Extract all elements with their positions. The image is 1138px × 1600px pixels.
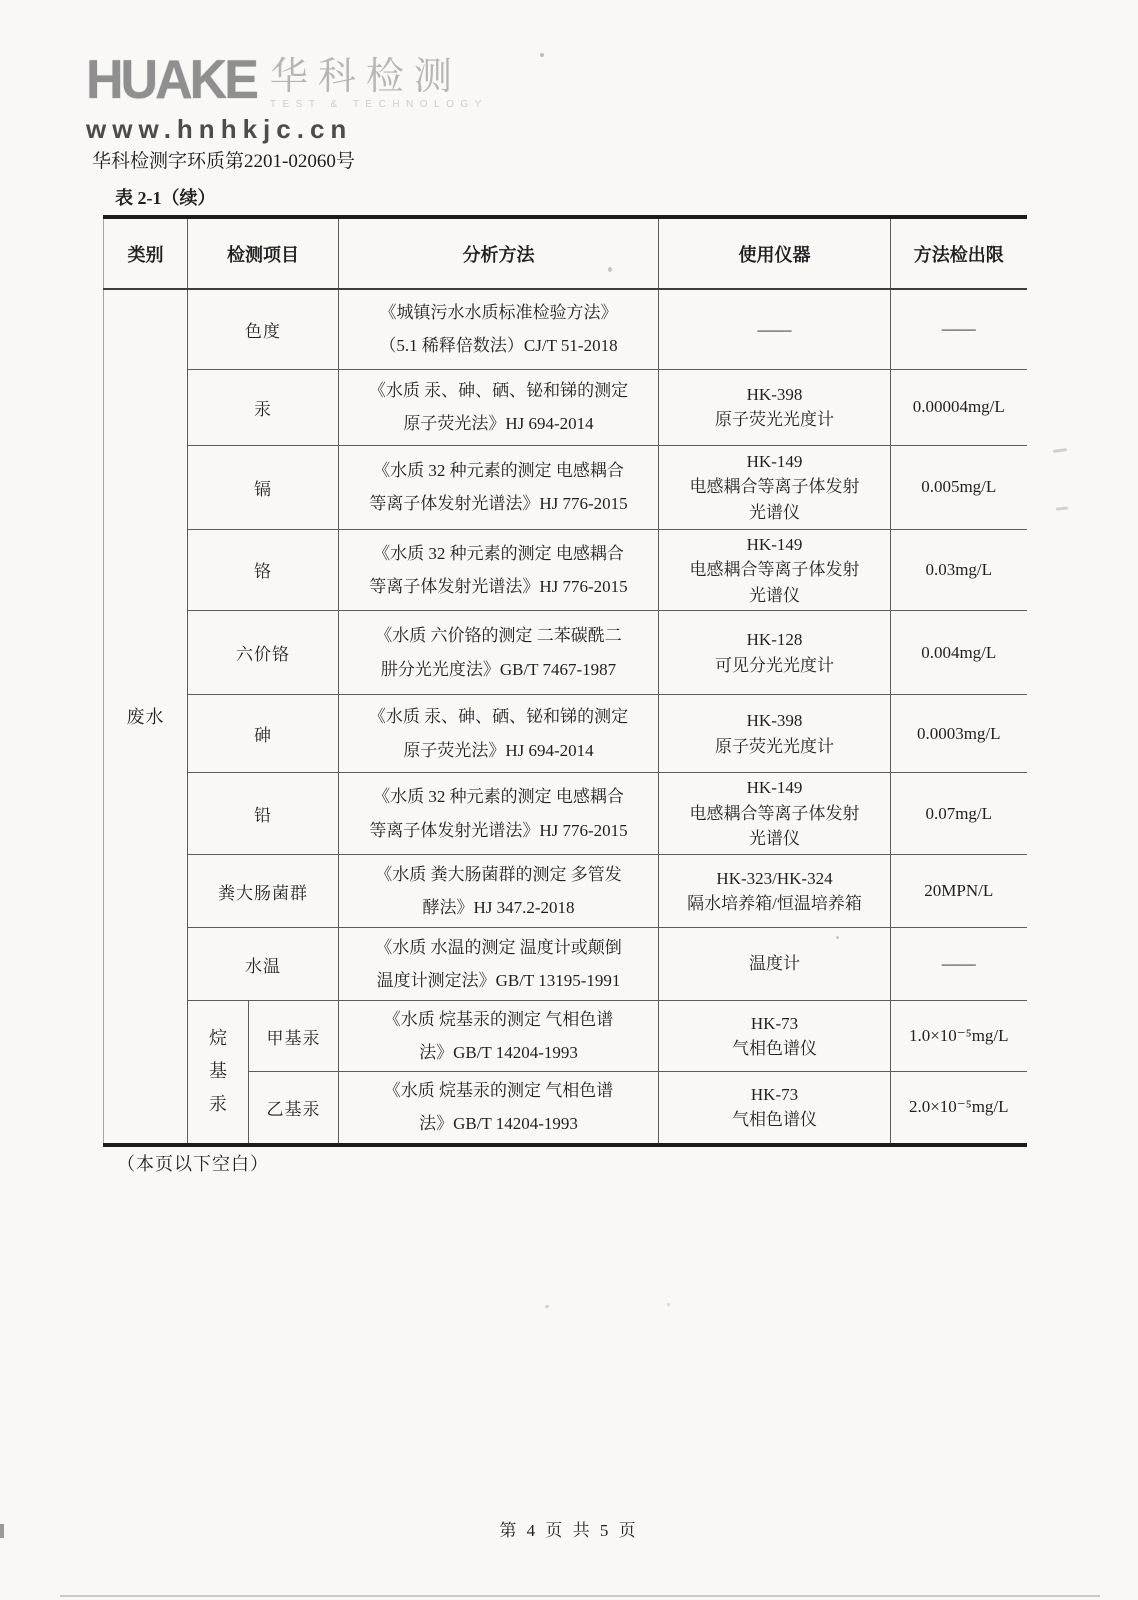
item-cell: 水温: [188, 928, 339, 1001]
limit-cell: ——: [891, 928, 1027, 1001]
instrument-cell: HK-398 原子荧光光度计: [659, 369, 891, 445]
category-cell: 废水: [104, 289, 188, 1145]
method-line: 《水质 32 种元素的测定 电感耦合: [343, 537, 654, 570]
company-logo: HUAKE 华科检测 TEST & TECHNOLOGY www.hnhkjc.…: [86, 54, 488, 145]
item-cell: 粪大肠菌群: [188, 855, 339, 928]
instrument-line: 电感耦合等离子体发射: [663, 474, 886, 500]
method-cell: 《水质 粪大肠菌群的测定 多管发 酵法》HJ 347.2-2018: [339, 855, 659, 928]
instrument-line: HK-398: [663, 382, 886, 408]
item-cell: 铅: [188, 773, 339, 855]
method-line: 《水质 汞、砷、硒、铋和锑的测定: [343, 374, 654, 407]
table-row: 铬 《水质 32 种元素的测定 电感耦合 等离子体发射光谱法》HJ 776-20…: [104, 529, 1027, 611]
limit-cell: 0.004mg/L: [891, 611, 1027, 695]
method-line: 《水质 32 种元素的测定 电感耦合: [343, 454, 654, 487]
website-url: www.hnhkjc.cn: [86, 114, 488, 145]
table-row: 铅 《水质 32 种元素的测定 电感耦合 等离子体发射光谱法》HJ 776-20…: [104, 773, 1027, 855]
method-cell: 《水质 汞、砷、硒、铋和锑的测定 原子荧光法》HJ 694-2014: [339, 695, 659, 773]
table-row: 粪大肠菌群 《水质 粪大肠菌群的测定 多管发 酵法》HJ 347.2-2018 …: [104, 855, 1027, 928]
instrument-line: 光谱仪: [663, 500, 886, 526]
item-cell: 汞: [188, 369, 339, 445]
instrument-line: 光谱仪: [663, 583, 886, 609]
instrument-cell: HK-149 电感耦合等离子体发射 光谱仪: [659, 445, 891, 529]
instrument-line: HK-73: [663, 1011, 886, 1037]
limit-cell: 0.0003mg/L: [891, 695, 1027, 773]
item-cell: 六价铬: [188, 611, 339, 695]
method-cell: 《水质 烷基汞的测定 气相色谱 法》GB/T 14204-1993: [339, 1072, 659, 1145]
instrument-line: HK-149: [663, 775, 886, 801]
instrument-cell: HK-323/HK-324 隔水培养箱/恒温培养箱: [659, 855, 891, 928]
logo-wordmark: HUAKE: [86, 53, 256, 108]
table-row: 水温 《水质 水温的测定 温度计或颠倒 温度计测定法》GB/T 13195-19…: [104, 928, 1027, 1001]
col-header-category: 类别: [104, 217, 188, 289]
method-line: 《水质 水温的测定 温度计或颠倒: [343, 931, 654, 964]
instrument-line: 原子荧光光度计: [663, 407, 886, 433]
instrument-line: 可见分光光度计: [663, 653, 886, 679]
table-row: 砷 《水质 汞、砷、硒、铋和锑的测定 原子荧光法》HJ 694-2014 HK-…: [104, 695, 1027, 773]
document-number: 华科检测字环质第2201-02060号: [92, 146, 355, 173]
method-cell: 《水质 32 种元素的测定 电感耦合 等离子体发射光谱法》HJ 776-2015: [339, 773, 659, 855]
item-cell: 甲基汞: [249, 1001, 339, 1072]
method-line: 《水质 六价铬的测定 二苯碳酰二: [343, 619, 654, 652]
method-cell: 《水质 汞、砷、硒、铋和锑的测定 原子荧光法》HJ 694-2014: [339, 369, 659, 445]
method-line: 等离子体发射光谱法》HJ 776-2015: [343, 814, 654, 847]
method-line: 《水质 烷基汞的测定 气相色谱: [343, 1074, 654, 1107]
method-line: （5.1 稀释倍数法）CJ/T 51-2018: [343, 329, 654, 362]
instrument-cell: HK-128 可见分光光度计: [659, 611, 891, 695]
instrument-cell: 温度计: [659, 928, 891, 1001]
limit-cell: 20MPN/L: [891, 855, 1027, 928]
scan-speck: [608, 267, 612, 272]
blank-page-note: （本页以下空白）: [117, 1150, 269, 1176]
limit-cell: ——: [891, 289, 1027, 369]
col-header-instrument: 使用仪器: [659, 217, 891, 289]
limit-cell: 0.00004mg/L: [891, 369, 1027, 445]
scan-speck: [1053, 448, 1067, 453]
instrument-cell: HK-149 电感耦合等离子体发射 光谱仪: [659, 529, 891, 611]
scan-speck: [540, 53, 544, 57]
instrument-line: HK-149: [663, 532, 886, 558]
instrument-line: ——: [663, 317, 886, 343]
method-line: 《水质 32 种元素的测定 电感耦合: [343, 780, 654, 813]
item-cell: 砷: [188, 695, 339, 773]
instrument-line: HK-398: [663, 708, 886, 734]
col-header-limit: 方法检出限: [891, 217, 1027, 289]
method-cell: 《水质 烷基汞的测定 气相色谱 法》GB/T 14204-1993: [339, 1001, 659, 1072]
instrument-line: 气相色谱仪: [663, 1107, 886, 1133]
method-cell: 《水质 32 种元素的测定 电感耦合 等离子体发射光谱法》HJ 776-2015: [339, 445, 659, 529]
table-row: 六价铬 《水质 六价铬的测定 二苯碳酰二 肼分光光度法》GB/T 7467-19…: [104, 611, 1027, 695]
instrument-line: 气相色谱仪: [663, 1036, 886, 1062]
instrument-line: 电感耦合等离子体发射: [663, 557, 886, 583]
method-line: 肼分光光度法》GB/T 7467-1987: [343, 653, 654, 686]
method-line: 法》GB/T 14204-1993: [343, 1036, 654, 1069]
instrument-line: 隔水培养箱/恒温培养箱: [663, 891, 886, 917]
item-cell: 色度: [188, 289, 339, 369]
instrument-cell: HK-73 气相色谱仪: [659, 1001, 891, 1072]
instrument-cell: ——: [659, 289, 891, 369]
method-line: 原子荧光法》HJ 694-2014: [343, 407, 654, 440]
instrument-line: HK-73: [663, 1082, 886, 1108]
instrument-line: 电感耦合等离子体发射: [663, 801, 886, 827]
method-cell: 《城镇污水水质标准检验方法》 （5.1 稀释倍数法）CJ/T 51-2018: [339, 289, 659, 369]
item-cell: 乙基汞: [249, 1072, 339, 1145]
instrument-cell: HK-398 原子荧光光度计: [659, 695, 891, 773]
item-group-cell: 烷基汞: [188, 1001, 249, 1145]
table-row: 镉 《水质 32 种元素的测定 电感耦合 等离子体发射光谱法》HJ 776-20…: [104, 445, 1027, 529]
method-line: 法》GB/T 14204-1993: [343, 1107, 654, 1140]
instrument-line: HK-128: [663, 627, 886, 653]
limit-cell: 0.07mg/L: [891, 773, 1027, 855]
method-cell: 《水质 32 种元素的测定 电感耦合 等离子体发射光谱法》HJ 776-2015: [339, 529, 659, 611]
col-header-method: 分析方法: [339, 217, 659, 289]
scan-edge-mark: [0, 1524, 4, 1538]
method-line: 温度计测定法》GB/T 13195-1991: [343, 964, 654, 997]
instrument-line: HK-149: [663, 449, 886, 475]
logo-tagline: TEST & TECHNOLOGY: [270, 99, 488, 110]
limit-cell: 1.0×10⁻⁵mg/L: [891, 1001, 1027, 1072]
table-row: 烷基汞 甲基汞 《水质 烷基汞的测定 气相色谱 法》GB/T 14204-199…: [104, 1001, 1027, 1072]
limit-cell: 2.0×10⁻⁵mg/L: [891, 1072, 1027, 1145]
method-line: 酵法》HJ 347.2-2018: [343, 891, 654, 924]
instrument-line: 光谱仪: [663, 826, 886, 852]
instrument-line: 温度计: [663, 951, 886, 977]
table-row: 汞 《水质 汞、砷、硒、铋和锑的测定 原子荧光法》HJ 694-2014 HK-…: [104, 369, 1027, 445]
method-line: 《水质 烷基汞的测定 气相色谱: [343, 1003, 654, 1036]
method-line: 《水质 汞、砷、硒、铋和锑的测定: [343, 700, 654, 733]
item-group-label: 烷基汞: [208, 1022, 229, 1122]
item-cell: 镉: [188, 445, 339, 529]
method-line: 等离子体发射光谱法》HJ 776-2015: [343, 487, 654, 520]
method-cell: 《水质 六价铬的测定 二苯碳酰二 肼分光光度法》GB/T 7467-1987: [339, 611, 659, 695]
test-methods-table: 类别 检测项目 分析方法 使用仪器 方法检出限 废水 色度 《城镇污水水质标准检…: [103, 215, 1027, 1147]
logo-chinese-name: 华科检测: [270, 56, 488, 98]
scanned-report-page: { "header": { "logo_text": "HUAKE", "log…: [0, 0, 1138, 1600]
scan-speck: [545, 1305, 549, 1308]
method-line: 原子荧光法》HJ 694-2014: [343, 734, 654, 767]
method-line: 等离子体发射光谱法》HJ 776-2015: [343, 570, 654, 603]
limit-cell: 0.03mg/L: [891, 529, 1027, 611]
scan-speck: [1056, 506, 1068, 510]
method-line: 《城镇污水水质标准检验方法》: [343, 296, 654, 329]
scan-speck: [836, 936, 839, 939]
method-line: 《水质 粪大肠菌群的测定 多管发: [343, 858, 654, 891]
item-cell: 铬: [188, 529, 339, 611]
table-header-row: 类别 检测项目 分析方法 使用仪器 方法检出限: [104, 217, 1027, 289]
scan-speck: [667, 1303, 670, 1306]
instrument-cell: HK-73 气相色谱仪: [659, 1072, 891, 1145]
table-row: 废水 色度 《城镇污水水质标准检验方法》 （5.1 稀释倍数法）CJ/T 51-…: [104, 289, 1027, 369]
table-caption: 表 2-1（续）: [115, 184, 216, 210]
instrument-cell: HK-149 电感耦合等离子体发射 光谱仪: [659, 773, 891, 855]
instrument-line: HK-323/HK-324: [663, 866, 886, 892]
limit-cell: 0.005mg/L: [891, 445, 1027, 529]
col-header-item: 检测项目: [188, 217, 339, 289]
method-cell: 《水质 水温的测定 温度计或颠倒 温度计测定法》GB/T 13195-1991: [339, 928, 659, 1001]
scan-edge-shadow: [60, 1595, 1100, 1597]
page-number: 第 4 页 共 5 页: [0, 1516, 1138, 1541]
instrument-line: 原子荧光光度计: [663, 734, 886, 760]
